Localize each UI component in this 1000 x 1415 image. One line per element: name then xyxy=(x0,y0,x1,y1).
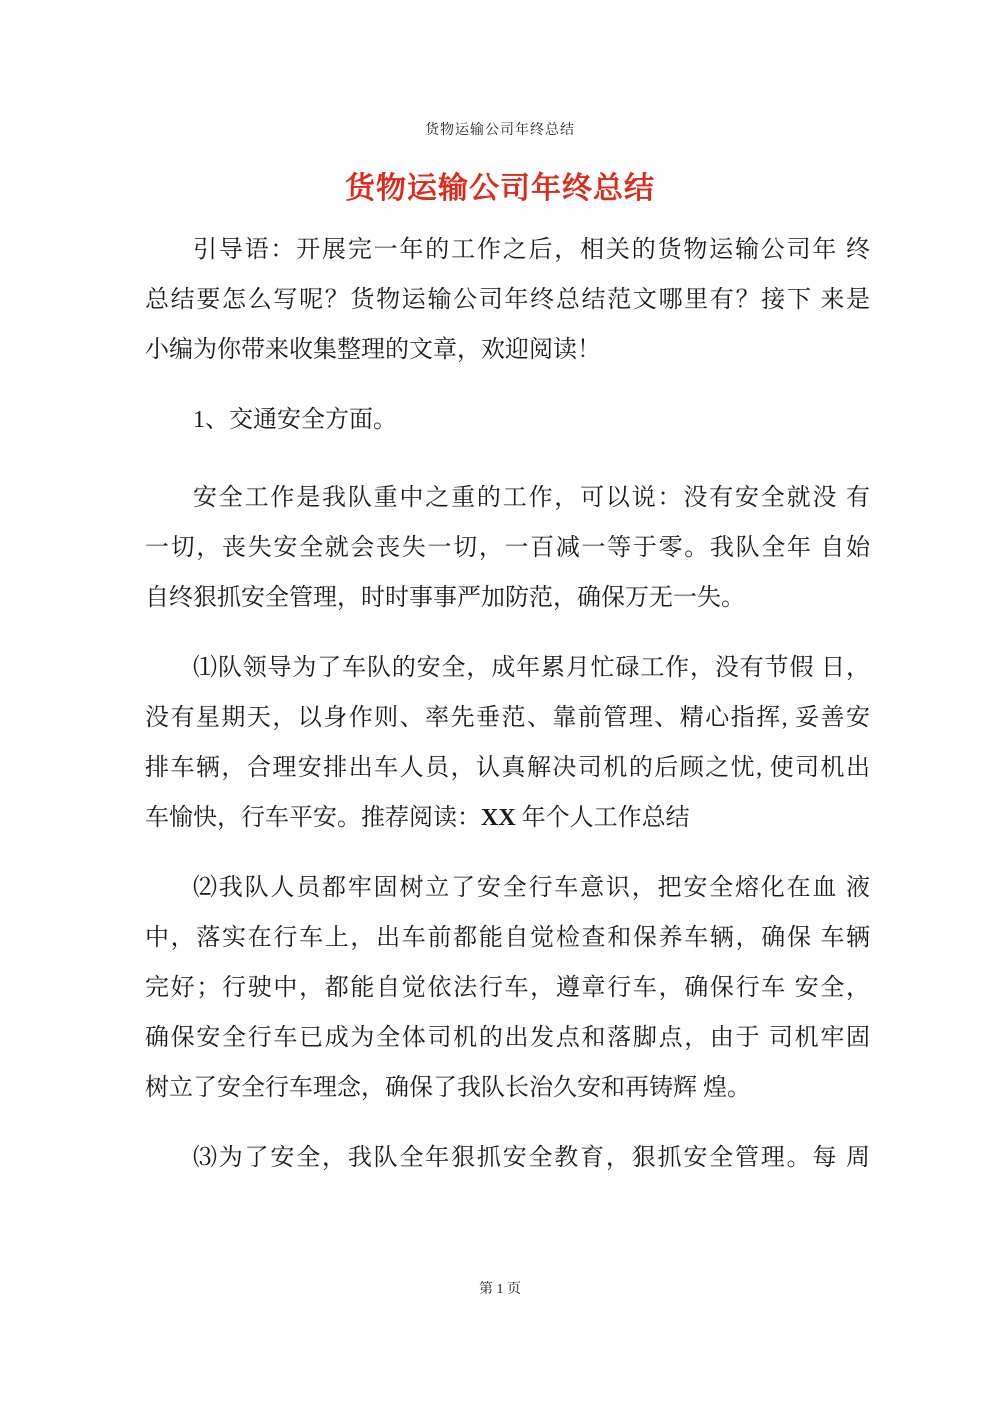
paragraph-line: ⑶为了安全，我队全年狠抓安全教育，狠抓安全管理。每 周 xyxy=(145,1133,870,1183)
paragraph-line: 排车辆，合理安排出车人员，认真解决司机的后顾之忧, 使司机出 xyxy=(145,743,870,793)
paragraph-line: 一切，丧失安全就会丧失一切，一百减一等于零。我队全年 自始 xyxy=(145,523,870,573)
intro-paragraph: 引导语：开展完一年的工作之后，相关的货物运输公司年 终 总结要怎么写呢？货物运输… xyxy=(145,225,870,375)
safety-paragraph: 安全工作是我队重中之重的工作，可以说：没有安全就没 有 一切，丧失安全就会丧失一… xyxy=(145,473,870,623)
document-body: 引导语：开展完一年的工作之后，相关的货物运输公司年 终 总结要怎么写呢？货物运输… xyxy=(145,225,870,1203)
paragraph-line: 自终狠抓安全管理，时时事事严加防范，确保万无一失。 xyxy=(145,573,870,623)
paragraph-line: 总结要怎么写呢？货物运输公司年终总结范文哪里有？接下 来是 xyxy=(145,275,870,325)
paragraph-line: 车愉快，行车平安。推荐阅读：XX 年个人工作总结 xyxy=(145,793,870,843)
paragraph-line: 引导语：开展完一年的工作之后，相关的货物运输公司年 终 xyxy=(145,225,870,275)
document-title: 货物运输公司年终总结 xyxy=(0,163,1000,207)
line-text: 年个人工作总结 xyxy=(516,805,690,831)
recommended-reading-xx: XX xyxy=(481,805,516,831)
paragraph-line: 没有星期天，以身作则、率先垂范、靠前管理、精心指挥, 妥善安 xyxy=(145,693,870,743)
paragraph-line: ⑴队领导为了车队的安全，成年累月忙碌工作，没有节假 日， xyxy=(145,643,870,693)
section-heading-traffic-safety: 1、交通安全方面。 xyxy=(145,395,870,445)
paragraph-line: 中，落实在行车上，出车前都能自觉检查和保养车辆，确保 车辆 xyxy=(145,913,870,963)
document-header-text: 货物运输公司年终总结 xyxy=(0,119,1000,139)
paragraph-line: 确保安全行车已成为全体司机的出发点和落脚点，由于 司机牢固 xyxy=(145,1013,870,1063)
paragraph-line: ⑵我队人员都牢固树立了安全行车意识，把安全熔化在血 液 xyxy=(145,863,870,913)
item2-paragraph: ⑵我队人员都牢固树立了安全行车意识，把安全熔化在血 液 中，落实在行车上，出车前… xyxy=(145,863,870,1113)
item3-paragraph: ⑶为了安全，我队全年狠抓安全教育，狠抓安全管理。每 周 xyxy=(145,1133,870,1183)
paragraph-line: 小编为你带来收集整理的文章，欢迎阅读！ xyxy=(145,325,870,375)
paragraph-line: 安全工作是我队重中之重的工作，可以说：没有安全就没 有 xyxy=(145,473,870,523)
paragraph-line: 树立了安全行车理念，确保了我队长治久安和再铸辉 煌。 xyxy=(145,1063,870,1113)
item1-paragraph: ⑴队领导为了车队的安全，成年累月忙碌工作，没有节假 日， 没有星期天，以身作则、… xyxy=(145,643,870,843)
page-number-label: 第 1 页 xyxy=(0,1278,1000,1298)
document-page: 货物运输公司年终总结 货物运输公司年终总结 引导语：开展完一年的工作之后，相关的… xyxy=(0,0,1000,1415)
line-text: 车愉快，行车平安。推荐阅读： xyxy=(145,805,481,831)
paragraph-line: 完好；行驶中，都能自觉依法行车，遵章行车，确保行车 安全， xyxy=(145,963,870,1013)
